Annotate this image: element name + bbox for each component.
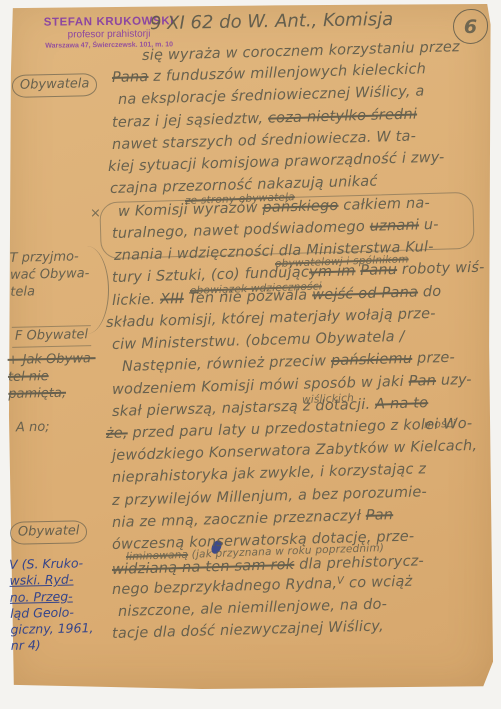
- margin-note: F Obywatel: [12, 325, 92, 348]
- margin-note: Obywatel: [10, 520, 88, 545]
- handwritten-date-line: 9 XI 62 do W. Ant., Komisja: [150, 9, 394, 34]
- page-number: 6: [464, 16, 477, 38]
- margin-note: Obywatela: [12, 73, 98, 98]
- scanned-document: STEFAN KRUKOWSKI profesor prahistorji Wa…: [0, 0, 501, 709]
- insertion-mark: ⨯: [90, 206, 101, 221]
- margin-note: A no;: [16, 420, 50, 438]
- margin-note: T przyjmo-wać Obywa-tela: [9, 249, 89, 301]
- margin-note: V (S. Kruko-wski. Ryd-no. Przeg-ląd Geol…: [9, 555, 94, 654]
- margin-note: + Jak Obywa-tel niepamięta,: [7, 351, 96, 404]
